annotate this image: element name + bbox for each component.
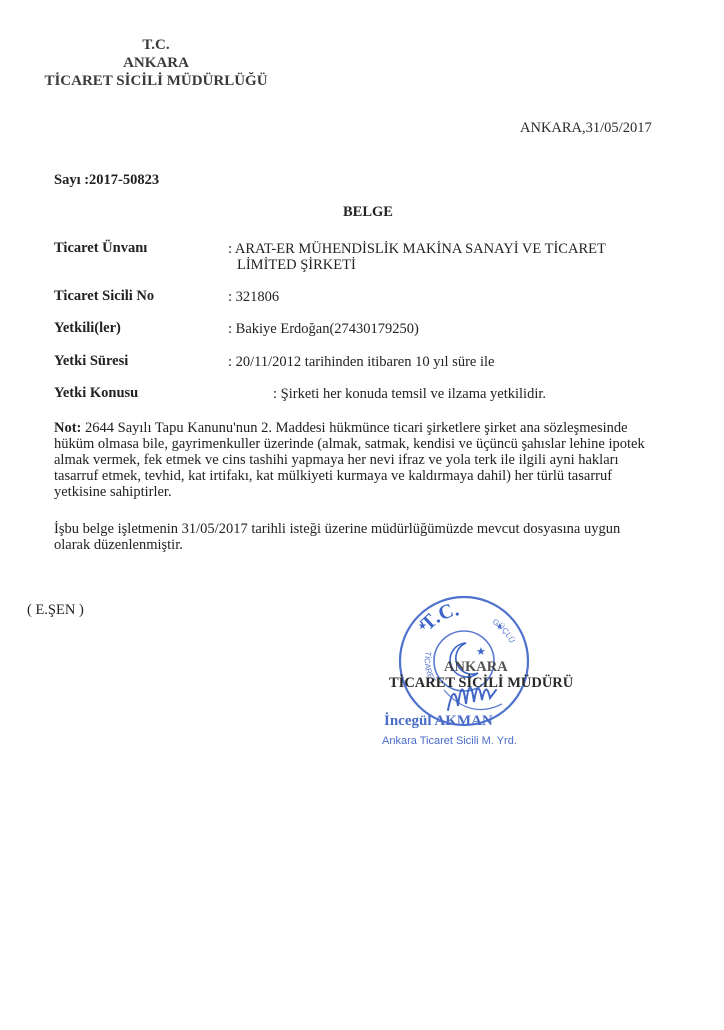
header-office: TİCARET SİCİLİ MÜDÜRLÜĞÜ — [40, 72, 272, 90]
closing-statement: İşbu belge işletmenin 31/05/2017 tarihli… — [54, 521, 654, 553]
field-value-authority-period: : 20/11/2012 tarihinden itibaren 10 yıl … — [228, 354, 494, 370]
document-number: Sayı :2017-50823 — [54, 172, 159, 189]
field-label-authority-period: Yetki Süresi — [54, 353, 128, 370]
field-label-trade-name: Ticaret Ünvanı — [54, 240, 147, 257]
note-line-1: Not: 2644 Sayılı Tapu Kanunu'nun 2. Madd… — [54, 420, 644, 436]
note-line-4: tasarruf etmek, tevhid, kat irtifakı, ka… — [54, 468, 644, 484]
header-city: ANKARA — [40, 54, 272, 72]
document-title: BELGE — [0, 204, 724, 221]
note-line-5: yetkisine sahiptirler. — [54, 484, 644, 500]
field-value-trade-name: : ARAT-ER MÜHENDİSLİK MAKİNA SANAYİ VE T… — [228, 241, 606, 273]
closing-line-2: olarak düzenlenmiştir. — [54, 537, 654, 553]
svg-text:★: ★ — [476, 646, 486, 658]
trade-name-line-1: : ARAT-ER MÜHENDİSLİK MAKİNA SANAYİ VE T… — [228, 241, 606, 257]
document-date: ANKARA,31/05/2017 — [520, 120, 652, 137]
field-label-authorized: Yetkili(ler) — [54, 320, 121, 337]
signature-city: ANKARA — [444, 659, 508, 676]
field-value-authority-scope: : Şirketi her konuda temsil ve ilzama ye… — [273, 386, 546, 402]
field-value-authorized: : Bakiye Erdoğan(27430179250) — [228, 321, 419, 337]
field-value-registry-no: : 321806 — [228, 289, 279, 305]
note-line-2: hüküm olmasa bile, gayrimenkuller üzerin… — [54, 436, 644, 452]
field-label-registry-no: Ticaret Sicili No — [54, 288, 154, 305]
signer-name: İncegül AKMAN — [384, 713, 493, 730]
signature-office: TİCARET SİCİLİ MÜDÜRÜ — [389, 675, 573, 692]
closing-line-1: İşbu belge işletmenin 31/05/2017 tarihli… — [54, 521, 654, 537]
preparer-initials: ( E.ŞEN ) — [27, 602, 84, 619]
note-label: Not: — [54, 420, 81, 436]
issuing-authority-header: T.C. ANKARA TİCARET SİCİLİ MÜDÜRLÜĞÜ — [40, 36, 272, 90]
header-tc: T.C. — [40, 36, 272, 54]
field-label-authority-scope: Yetki Konusu — [54, 385, 138, 402]
trade-name-line-2: LİMİTED ŞİRKETİ — [228, 257, 606, 273]
svg-text:★: ★ — [418, 621, 427, 632]
note-line-3: almak vermek, fek etmek ve cins tashihi … — [54, 452, 644, 468]
signer-title: Ankara Ticaret Sicili M. Yrd. — [382, 735, 517, 747]
legal-note: Not: 2644 Sayılı Tapu Kanunu'nun 2. Madd… — [54, 420, 644, 500]
